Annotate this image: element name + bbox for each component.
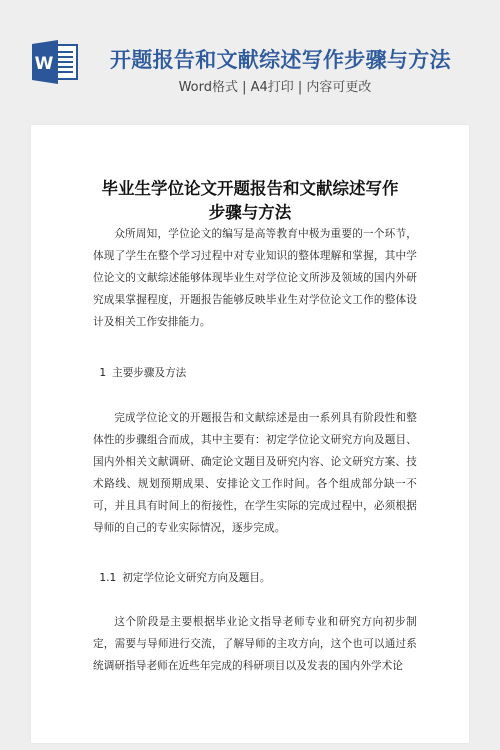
word-document-icon: W (32, 40, 78, 84)
section-title: 主要步骤及方法 (112, 367, 186, 379)
section-heading-1: 1主要步骤及方法 (93, 363, 423, 383)
intro-paragraph: 众所周知，学位论文的编写是高等教育中极为重要的一个环节，体现了学生在整个学习过程… (93, 223, 417, 333)
header-banner: W 开题报告和文献综述写作步骤与方法 Word格式 | A4打印 | 内容可更改 (0, 0, 500, 120)
section-title: 初定学位论文研究方向及题目。 (122, 572, 270, 584)
stage-paragraph: 这个阶段是主要根据毕业论文指导老师专业和研究方向初步制定，需要与导师进行交流，了… (93, 611, 417, 677)
steps-paragraph: 完成学位论文的开题报告和文献综述是由一系列具有阶段性和整体性的步骤组合而成，其中… (93, 407, 417, 539)
document-title-line-2: 步骤与方法 (31, 201, 469, 225)
header-subtitle: Word格式 | A4打印 | 内容可更改 (110, 76, 440, 95)
section-number: 1.1 (99, 572, 116, 584)
document-page: 毕业生学位论文开题报告和文献综述写作 步骤与方法 众所周知，学位论文的编写是高等… (31, 125, 469, 743)
section-heading-1-1: 1.1初定学位论文研究方向及题目。 (93, 568, 423, 588)
document-title-line-1: 毕业生学位论文开题报告和文献综述写作 (31, 177, 469, 201)
header-title: 开题报告和文献综述写作步骤与方法 (110, 44, 440, 74)
section-number: 1 (99, 367, 106, 379)
svg-text:W: W (35, 54, 54, 74)
document-title: 毕业生学位论文开题报告和文献综述写作 步骤与方法 (31, 177, 469, 225)
